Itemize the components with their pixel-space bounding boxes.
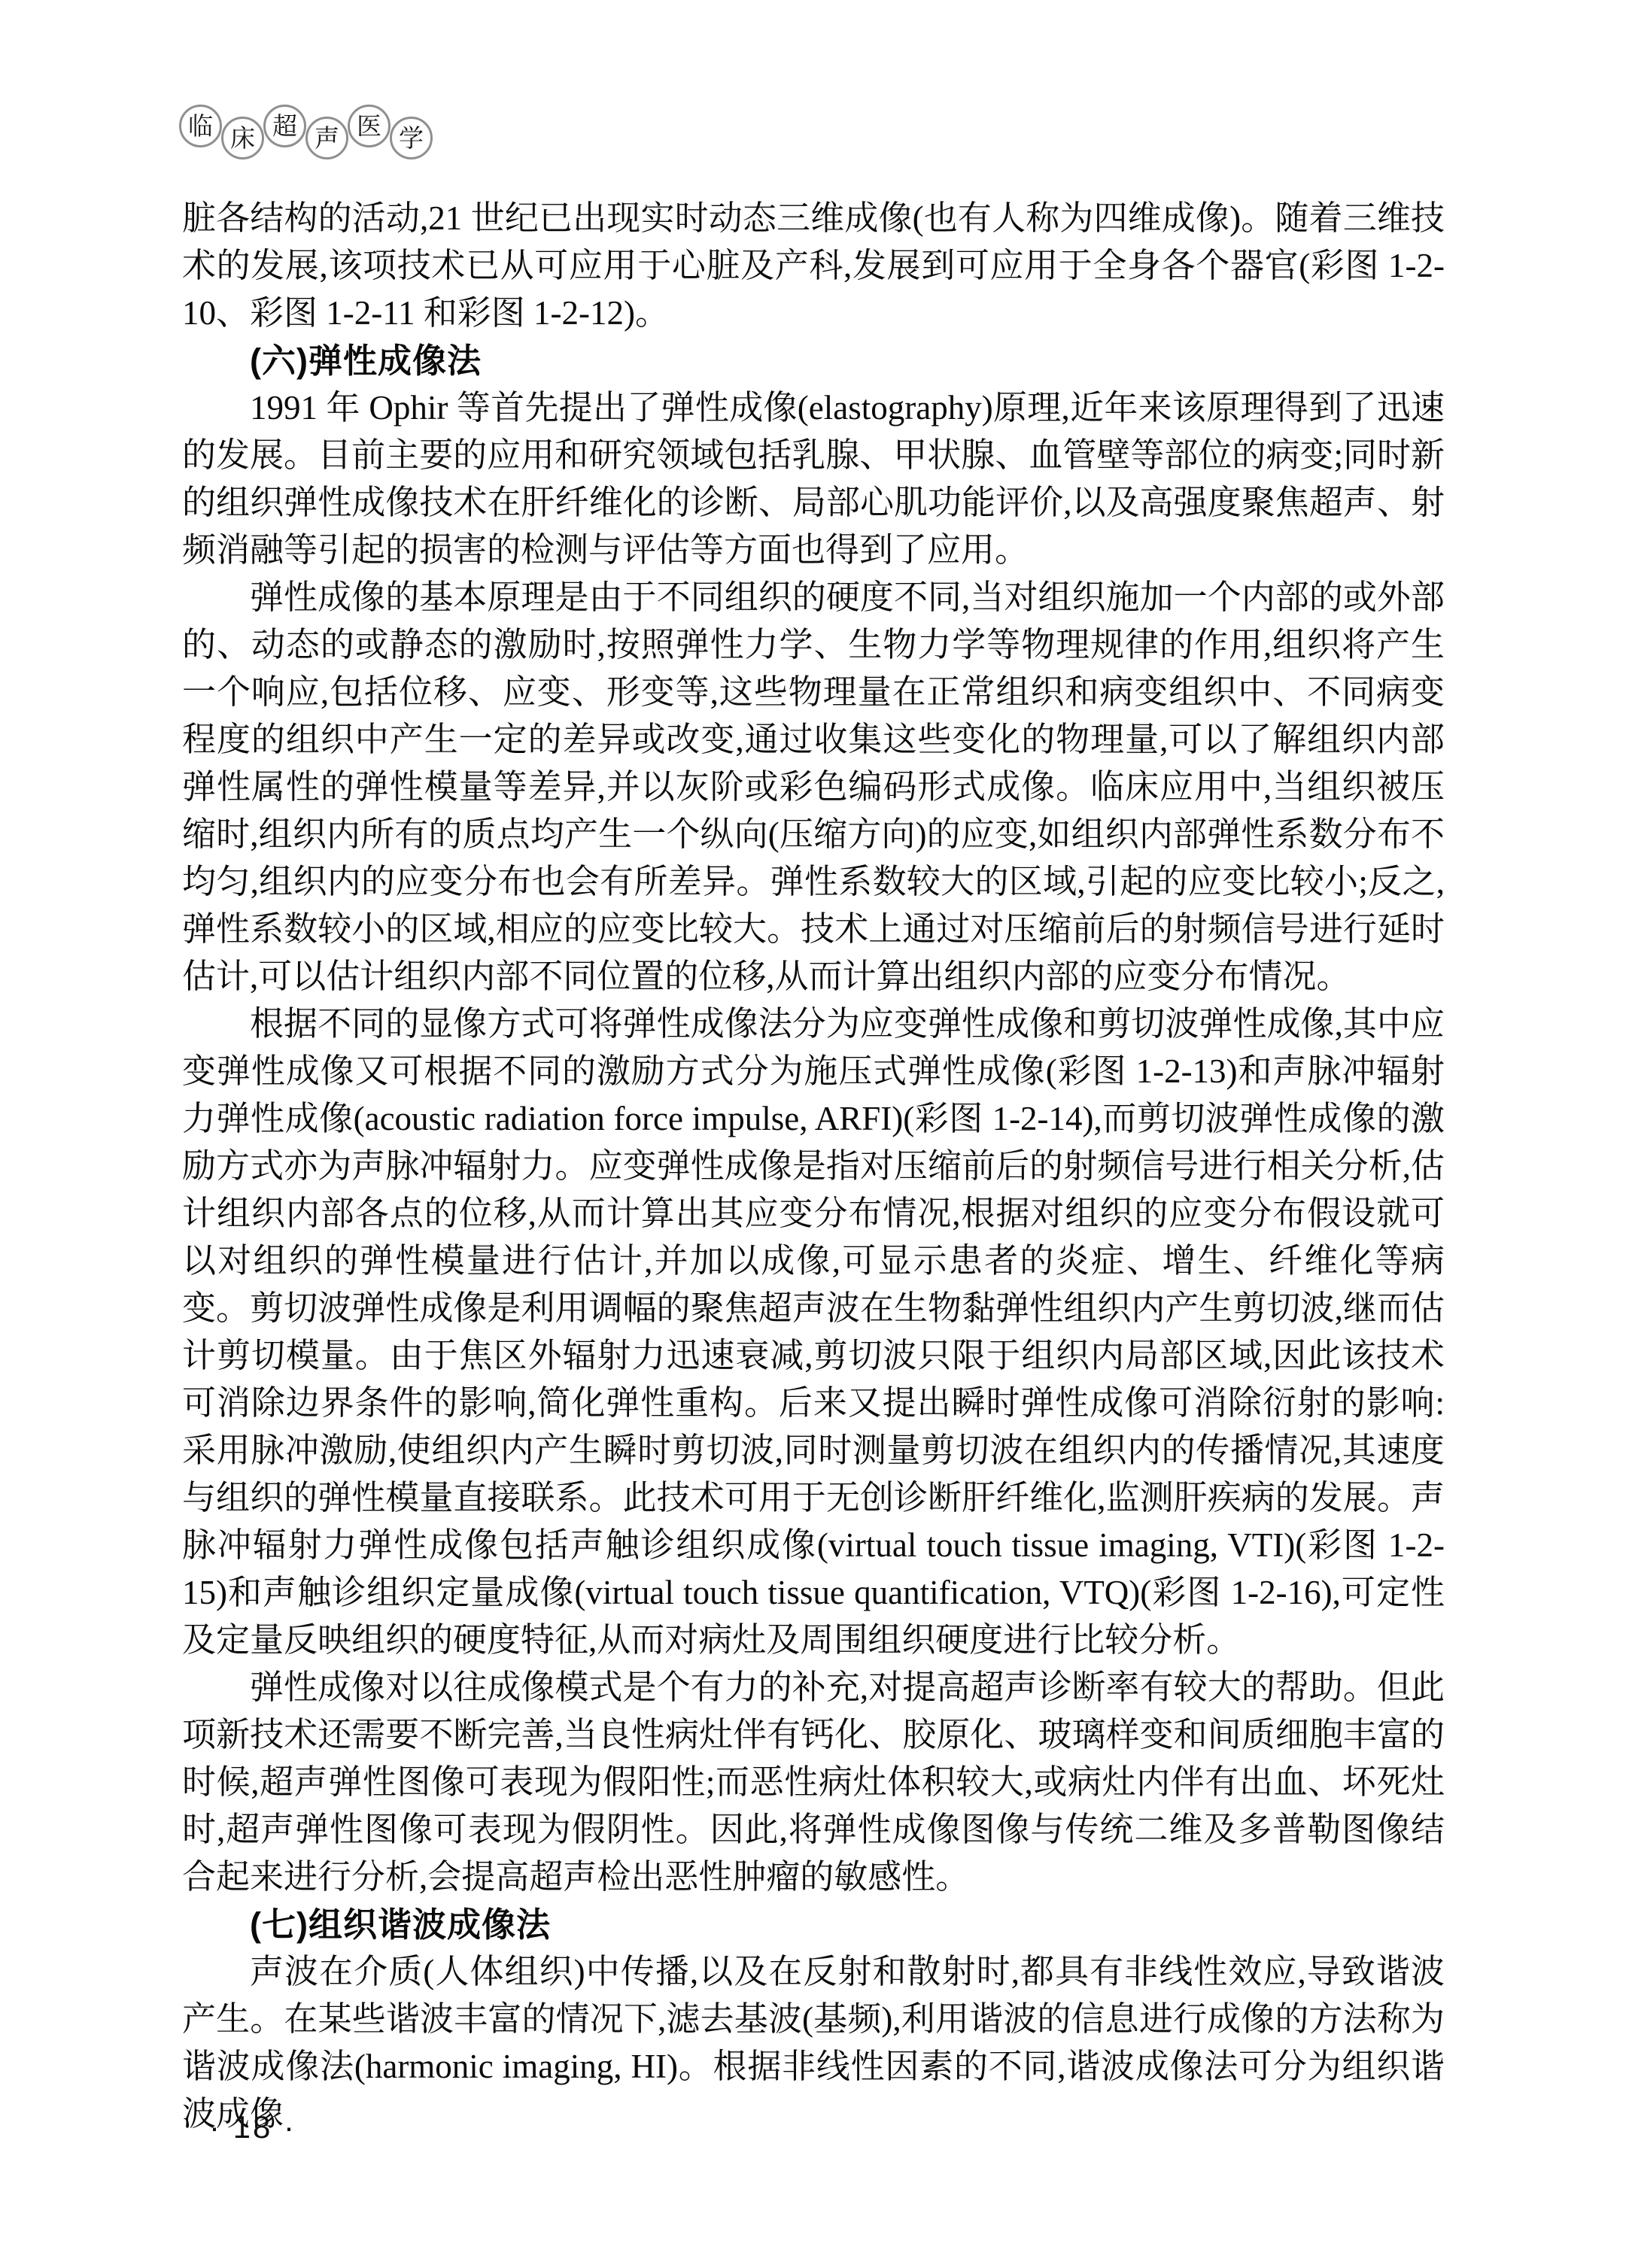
- page-body-text: 脏各结构的活动,21 世纪已出现实时动态三维成像(也有人称为四维成像)。随着三维…: [182, 195, 1445, 2138]
- logo-char-xue: 学: [399, 119, 424, 157]
- logo-seal-3: 超: [263, 105, 306, 147]
- page-number: · 18 ·: [209, 2109, 296, 2145]
- paragraph-continuation-3d-imaging: 脏各结构的活动,21 世纪已出现实时动态三维成像(也有人称为四维成像)。随着三维…: [182, 195, 1445, 337]
- logo-char-yi: 医: [357, 107, 381, 145]
- paragraph-elastography-history: 1991 年 Ophir 等首先提出了弹性成像(elastography)原理,…: [182, 384, 1445, 574]
- book-page: 临 床 超 声 医 学 脏各结构的活动,21 世纪已出现实时动态三维成像(也有人…: [0, 0, 1629, 2268]
- paragraph-harmonic-imaging-intro: 声波在介质(人体组织)中传播,以及在反射和散射时,都具有非线性效应,导致谐波产生…: [182, 1948, 1445, 2138]
- logo-char-chao: 超: [272, 107, 297, 145]
- paragraph-elastography-evaluation: 弹性成像对以往成像模式是个有力的补充,对提高超声诊断率有较大的帮助。但此项新技术…: [182, 1664, 1445, 1901]
- paragraph-elastography-classification: 根据不同的显像方式可将弹性成像法分为应变弹性成像和剪切波弹性成像,其中应变弹性成…: [182, 1000, 1445, 1664]
- book-title-logo: 临 床 超 声 医 学: [179, 105, 429, 180]
- logo-seal-2: 床: [221, 117, 264, 159]
- logo-char-sheng: 声: [315, 119, 339, 157]
- section-heading-tissue-harmonic-imaging: (七)组织谐波成像法: [182, 1901, 1445, 1948]
- logo-char-chuang: 床: [230, 119, 255, 157]
- logo-seal-4: 声: [305, 117, 348, 159]
- paragraph-elastography-principle: 弹性成像的基本原理是由于不同组织的硬度不同,当对组织施加一个内部的或外部的、动态…: [182, 574, 1445, 1000]
- section-heading-elastography: (六)弹性成像法: [182, 337, 1445, 384]
- logo-char-lin: 临: [188, 107, 213, 145]
- logo-seal-6: 学: [390, 117, 433, 159]
- logo-seal-5: 医: [348, 105, 391, 147]
- logo-seal-1: 临: [179, 105, 222, 147]
